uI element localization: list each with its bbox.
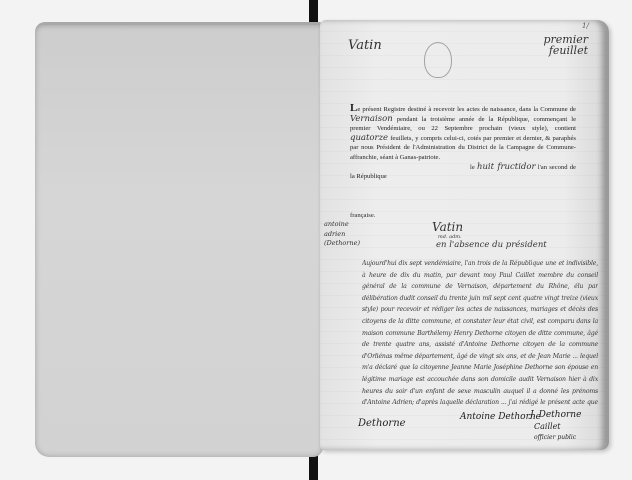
margin-line: (Dethorne): [324, 239, 364, 249]
margin-note: antoine adrien (Dethorne): [324, 220, 364, 249]
top-signature: Vatin: [348, 38, 382, 53]
margin-line: adrien: [324, 230, 364, 240]
seal-stamp-icon: [424, 42, 452, 78]
note-line: feuillet: [543, 45, 588, 56]
header-final-word: française.: [350, 212, 375, 219]
left-page-blank: [35, 22, 323, 457]
commune-name: Vernaison: [350, 114, 393, 124]
feuillets-count: quatorze: [350, 133, 388, 143]
folio-number: 1/: [582, 22, 589, 30]
signature-caillet: Caillet: [534, 422, 561, 431]
birth-entry-text: Aujourd'hui dix sept vendémiaire, l'an t…: [362, 258, 598, 408]
date-suffix: l'an second de la République: [350, 164, 576, 181]
right-page: 1/ Vatin premier feuillet Le présent Reg…: [320, 20, 609, 450]
header-date: huit fructidor: [477, 162, 536, 172]
header-signature: Vatin: [432, 220, 463, 234]
signature-dethorne: Dethorne: [358, 418, 406, 429]
printed-header-text: Le présent Registre destiné à recevoir l…: [350, 104, 576, 182]
header-part1: e présent Registre destiné à recevoir le…: [357, 106, 576, 113]
signature-officer-title: officier public: [534, 434, 576, 441]
top-right-note: premier feuillet: [543, 34, 588, 56]
date-prefix: le: [470, 164, 475, 171]
signature-j-dethorne: J. Dethorne: [530, 410, 581, 420]
margin-line: antoine: [324, 220, 364, 230]
signature-antoine-dethorne: Antoine Dethorne: [460, 412, 541, 422]
header-signature-note: en l'absence du président: [436, 240, 547, 250]
